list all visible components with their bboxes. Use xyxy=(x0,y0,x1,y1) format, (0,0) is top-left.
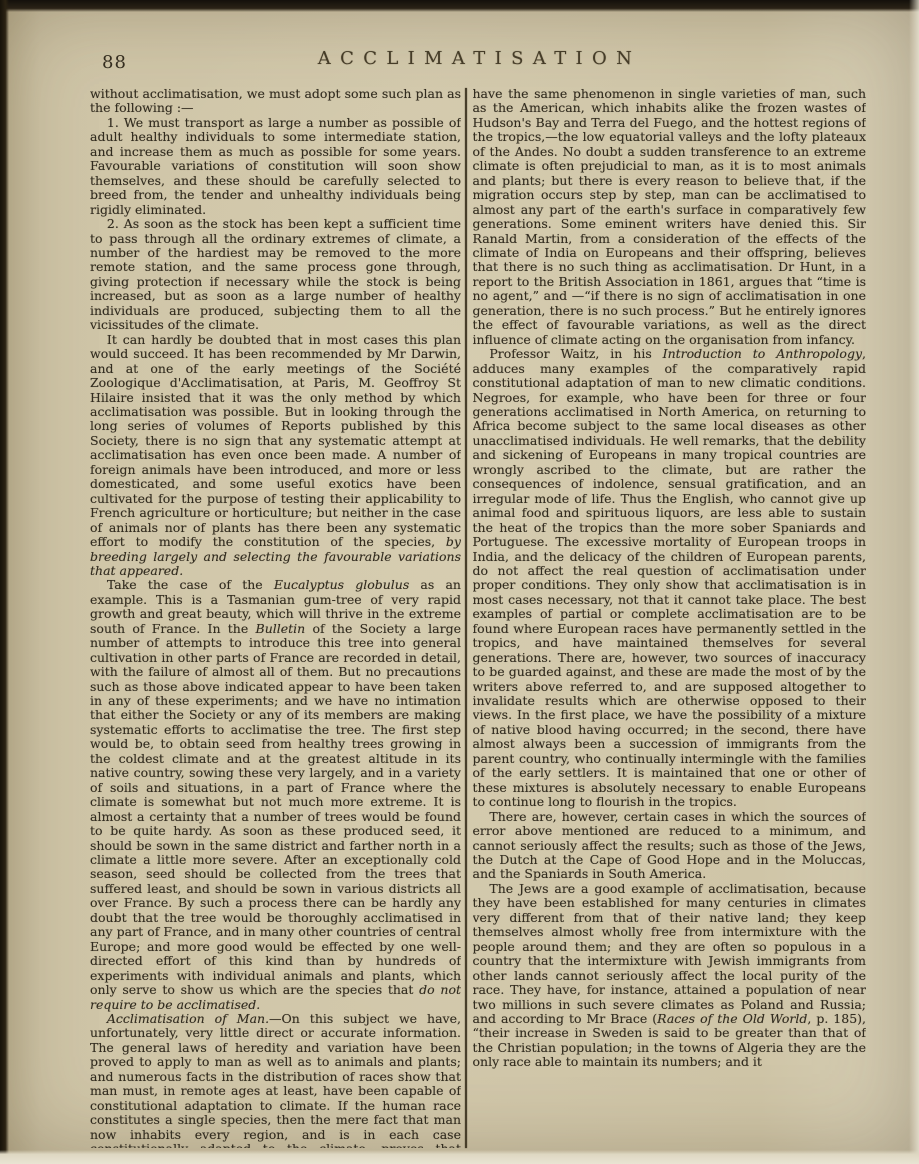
paragraph: Professor Waitz, in his Introduction to … xyxy=(473,347,867,810)
scan-edge-right xyxy=(909,0,919,1164)
page-header: 88 ACCLIMATISATION xyxy=(0,48,919,82)
scan-edge-left xyxy=(0,0,9,1164)
text-columns: without acclimatisation, we must adopt s… xyxy=(90,87,866,1148)
paragraph: 1. We must transport as large a number a… xyxy=(90,116,461,217)
paragraph: Acclimatisation of Man.—On this subject … xyxy=(90,1012,461,1148)
scan-edge-bottom xyxy=(0,1150,919,1164)
right-column: have the same phenomenon in single varie… xyxy=(473,87,867,1148)
paragraph: without acclimatisation, we must adopt s… xyxy=(90,87,461,116)
paragraph: 2. As soon as the stock has been kept a … xyxy=(90,217,461,333)
paragraph: have the same phenomenon in single varie… xyxy=(473,87,867,347)
page-number: 88 xyxy=(102,52,127,73)
paragraph: There are, however, certain cases in whi… xyxy=(473,810,867,882)
book-page: 88 ACCLIMATISATION without acclimatisati… xyxy=(0,0,919,1164)
scan-edge-top xyxy=(0,0,919,12)
paragraph: The Jews are a good example of acclimati… xyxy=(473,882,867,1070)
paragraph: Take the case of the Eucalyptus globulus… xyxy=(90,578,461,1012)
column-divider-rule xyxy=(465,88,467,1148)
running-title: ACCLIMATISATION xyxy=(40,48,919,69)
left-column: without acclimatisation, we must adopt s… xyxy=(90,87,461,1148)
paragraph: It can hardly be doubted that in most ca… xyxy=(90,333,461,579)
